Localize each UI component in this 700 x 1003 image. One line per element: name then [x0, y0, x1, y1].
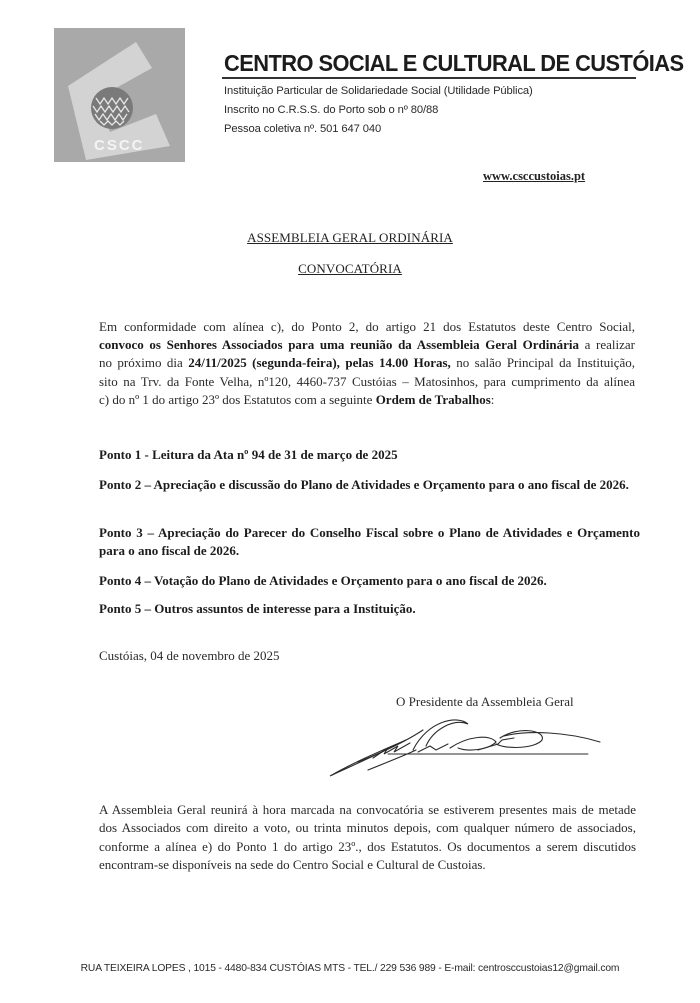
document-title: ASSEMBLEIA GERAL ORDINÁRIA [0, 230, 700, 246]
agenda-item-3: Ponto 3 – Apreciação do Parecer do Conse… [99, 524, 640, 559]
meeting-datetime: 24/11/2025 (segunda-feira), pelas 14.00 … [188, 355, 451, 370]
cscc-logo: CSCC [54, 28, 185, 162]
intro-line-1: Em conformidade com alínea c), do Ponto … [99, 319, 635, 334]
agenda-item-2: Ponto 2 – Apreciação e discussão do Plan… [99, 476, 640, 494]
intro-convocation: convoco os Senhores Associados para uma … [99, 337, 579, 352]
signatory-title: O Presidente da Assembleia Geral [396, 694, 574, 710]
organization-name: CENTRO SOCIAL E CULTURAL DE CUSTÓIAS [224, 50, 684, 77]
intro-line-5-post: : [491, 392, 495, 407]
intro-paragraph: Em conformidade com alínea c), do Ponto … [99, 318, 635, 409]
agenda-label: Ordem de Trabalhos [376, 392, 491, 407]
intro-line-5-pre: c) do nº 1 do artigo 23º dos Estatutos c… [99, 392, 376, 407]
institution-type: Instituição Particular de Solidariedade … [224, 85, 533, 97]
meeting-address: sito na Trv. da Fonte Velha, nº120, 4460… [99, 374, 635, 389]
registration-number: Inscrito no C.R.S.S. do Porto sob o nº 8… [224, 104, 438, 116]
agenda-item-1: Ponto 1 - Leitura da Ata nº 94 de 31 de … [99, 446, 640, 464]
intro-line-3-rest: no salão Principal da Instituição, [451, 355, 635, 370]
place-date: Custóias, 04 de novembro de 2025 [99, 648, 280, 664]
intro-line-2-rest: a realizar [579, 337, 635, 352]
website-link[interactable]: www.csccustoias.pt [483, 169, 585, 184]
intro-line-3-pre: no próximo dia [99, 355, 188, 370]
agenda-item-4: Ponto 4 – Votação do Plano de Atividades… [99, 572, 640, 590]
signature-icon [318, 710, 618, 785]
svg-text:CSCC: CSCC [94, 137, 145, 154]
header-divider [222, 77, 636, 79]
document-subtitle: CONVOCATÓRIA [0, 261, 700, 277]
agenda-item-5: Ponto 5 – Outros assuntos de interesse p… [99, 600, 640, 618]
cscc-logo-icon: CSCC [54, 28, 185, 162]
footer-contact: RUA TEIXEIRA LOPES , 1015 - 4480-834 CUS… [0, 963, 700, 974]
tax-id: Pessoa coletiva nº. 501 647 040 [224, 123, 381, 135]
quorum-note: A Assembleia Geral reunirá à hora marcad… [99, 801, 636, 874]
